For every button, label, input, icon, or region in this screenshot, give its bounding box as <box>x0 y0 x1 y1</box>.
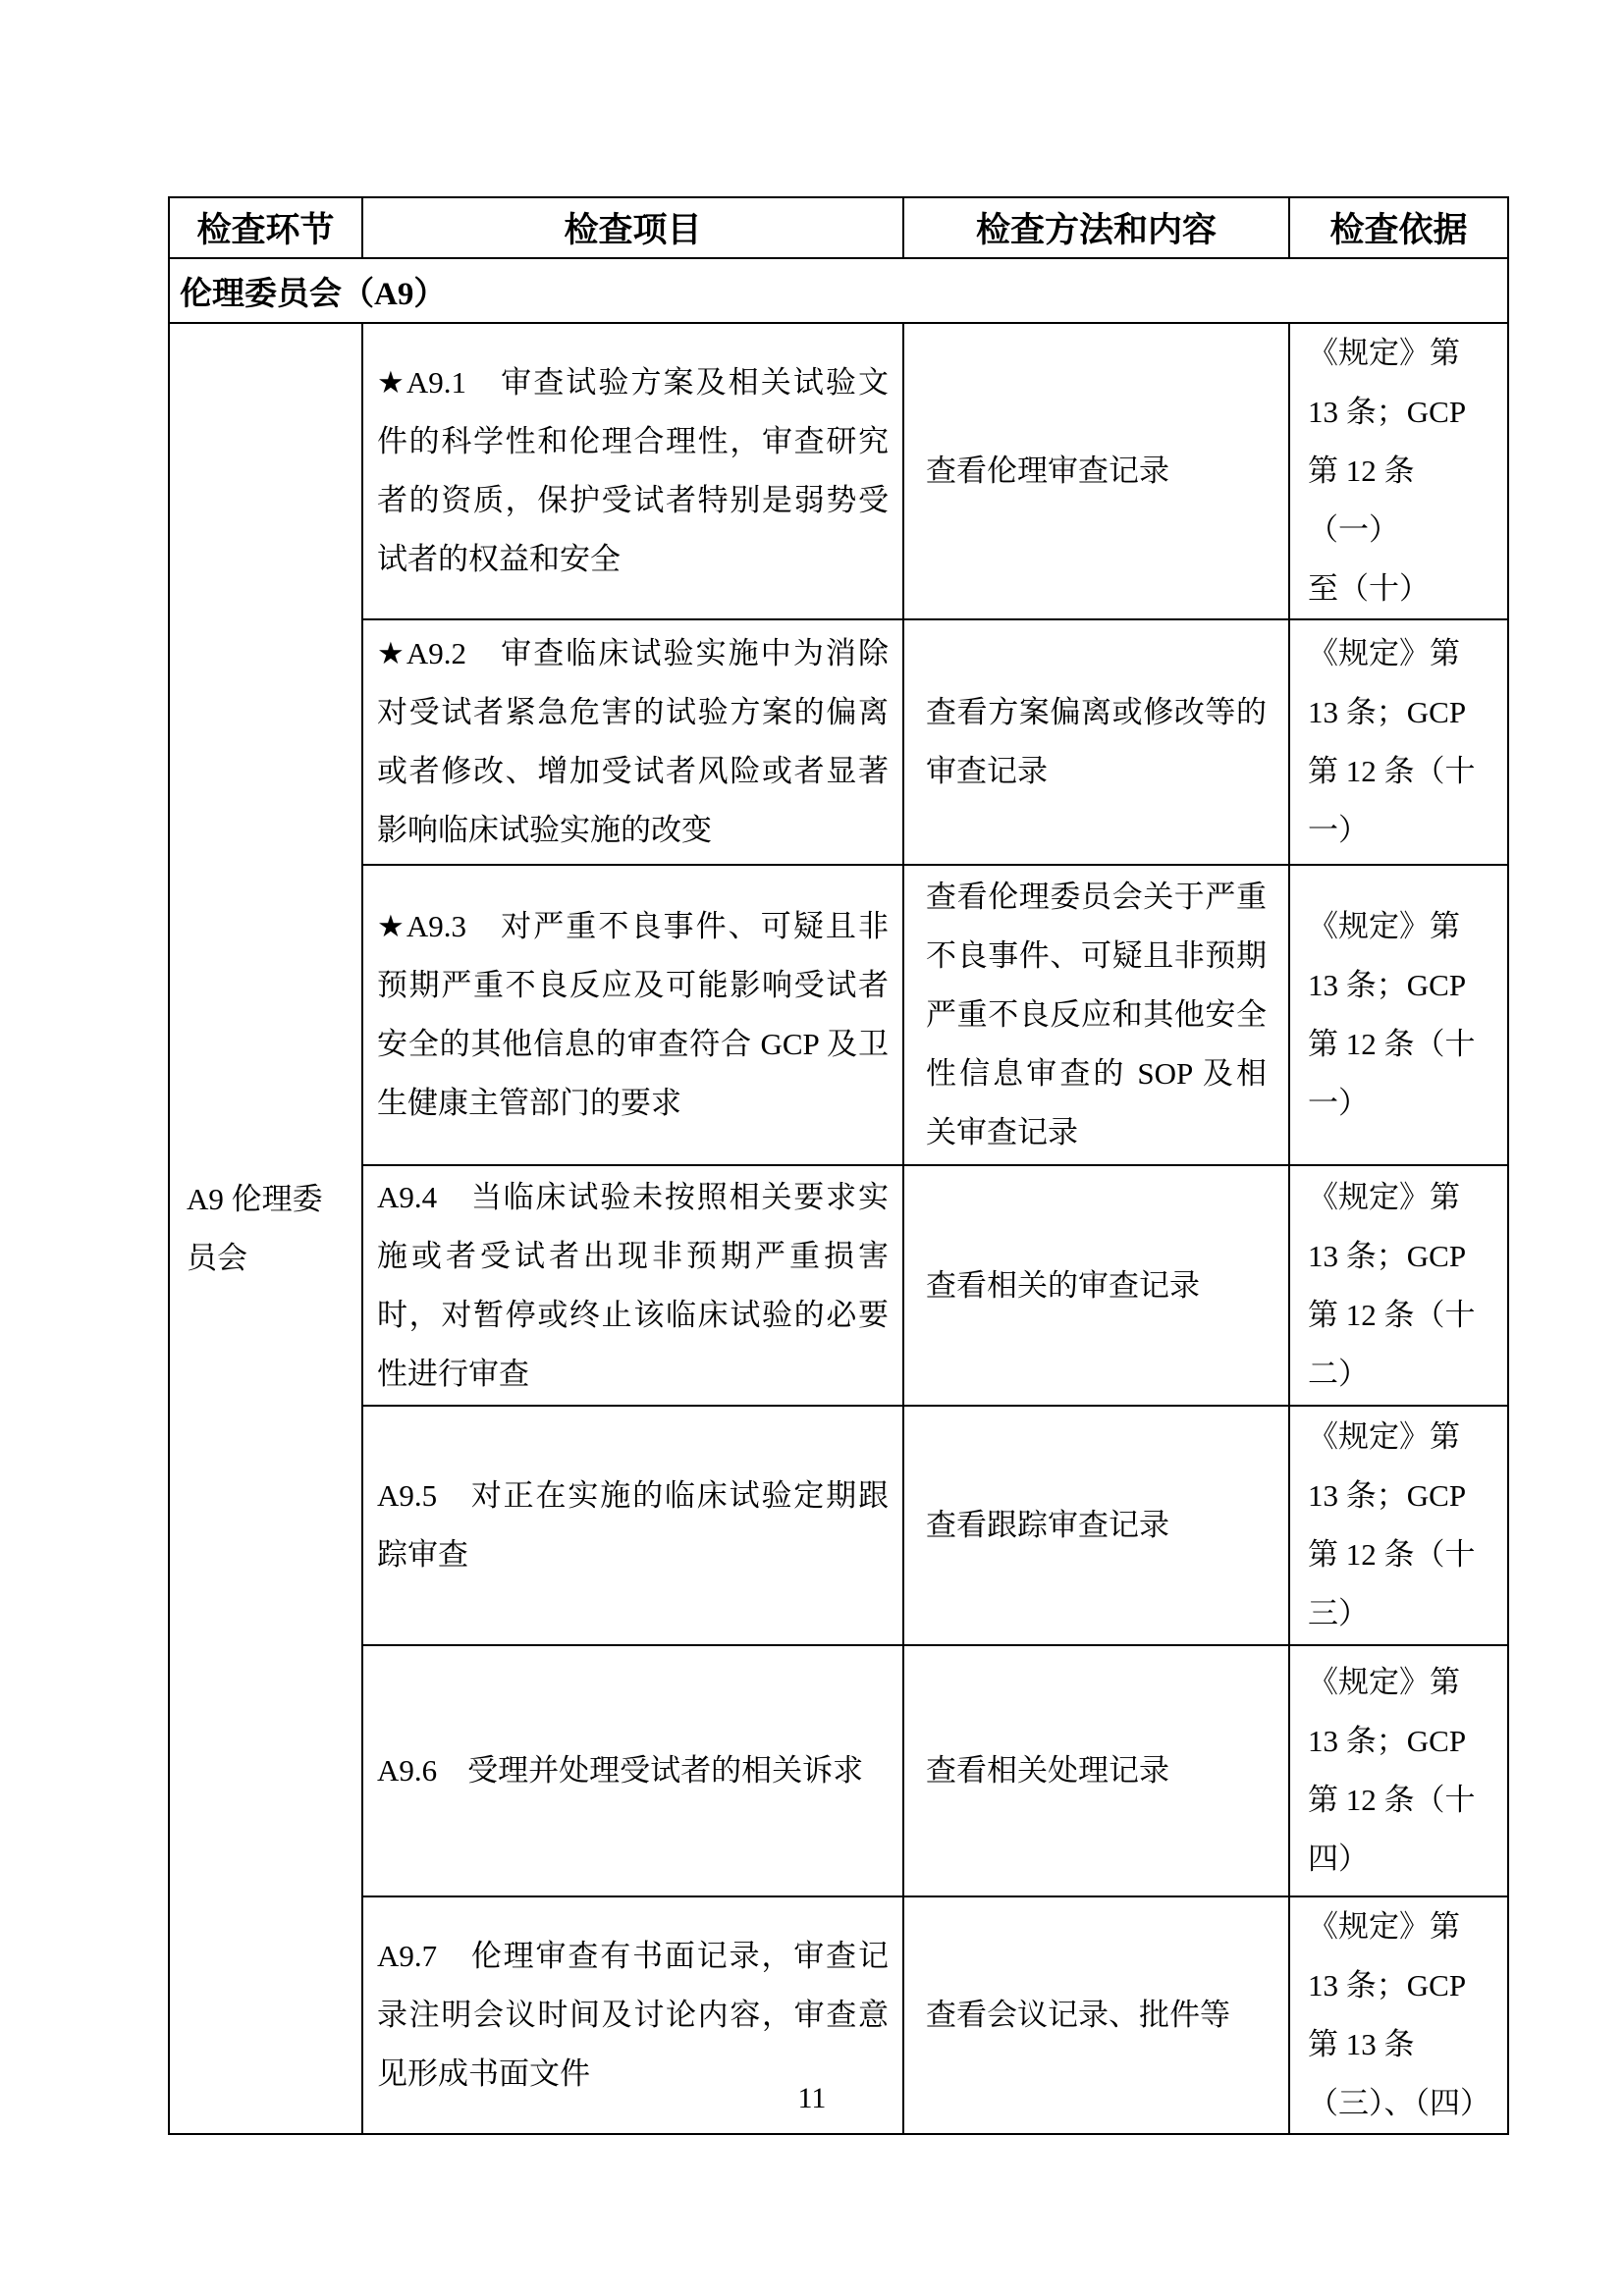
column-header-stage: 检查环节 <box>169 197 362 258</box>
method-cell: 查看方案偏离或修改等的审查记录 <box>903 619 1289 865</box>
item-cell: ★A9.1 审查试验方案及相关试验文件的科学性和伦理合理性，审查研究者的资质，保… <box>362 323 903 619</box>
column-header-item: 检查项目 <box>362 197 903 258</box>
item-cell: ★A9.2 审查临床试验实施中为消除对受试者紧急危害的试验方案的偏离或者修改、增… <box>362 619 903 865</box>
item-cell: A9.6 受理并处理受试者的相关诉求 <box>362 1645 903 1896</box>
basis-cell: 《规定》第 13 条；GCP 第 12 条（十 一） <box>1289 865 1508 1165</box>
method-cell: 查看伦理审查记录 <box>903 323 1289 619</box>
table-row: A9.4 当临床试验未按照相关要求实施或者受试者出现非预期严重损害时，对暂停或终… <box>169 1165 1508 1406</box>
table-row: A9.6 受理并处理受试者的相关诉求 查看相关处理记录 《规定》第 13 条；G… <box>169 1645 1508 1896</box>
section-row: 伦理委员会（A9） <box>169 258 1508 323</box>
document-page: 检查环节 检查项目 检查方法和内容 检查依据 伦理委员会（A9） A9 伦理委员… <box>0 0 1624 2296</box>
basis-cell: 《规定》第 13 条；GCP 第 12 条（十 一） <box>1289 619 1508 865</box>
item-cell: ★A9.3 对严重不良事件、可疑且非预期严重不良反应及可能影响受试者安全的其他信… <box>362 865 903 1165</box>
basis-cell: 《规定》第 13 条；GCP 第 12 条（十 三） <box>1289 1406 1508 1645</box>
basis-cell: 《规定》第 13 条；GCP 第 12 条（十 四） <box>1289 1645 1508 1896</box>
stage-cell: A9 伦理委员会 <box>169 323 362 2134</box>
method-cell: 查看相关的审查记录 <box>903 1165 1289 1406</box>
table-row: ★A9.2 审查临床试验实施中为消除对受试者紧急危害的试验方案的偏离或者修改、增… <box>169 619 1508 865</box>
table-row: A9 伦理委员会 ★A9.1 审查试验方案及相关试验文件的科学性和伦理合理性，审… <box>169 323 1508 619</box>
page-number: 11 <box>0 2079 1624 2118</box>
item-cell: A9.5 对正在实施的临床试验定期跟踪审查 <box>362 1406 903 1645</box>
basis-cell: 《规定》第 13 条；GCP 第 12 条（一） 至（十） <box>1289 323 1508 619</box>
table-row: ★A9.3 对严重不良事件、可疑且非预期严重不良反应及可能影响受试者安全的其他信… <box>169 865 1508 1165</box>
method-cell: 查看相关处理记录 <box>903 1645 1289 1896</box>
inspection-table: 检查环节 检查项目 检查方法和内容 检查依据 伦理委员会（A9） A9 伦理委员… <box>168 196 1509 2135</box>
item-cell: A9.4 当临床试验未按照相关要求实施或者受试者出现非预期严重损害时，对暂停或终… <box>362 1165 903 1406</box>
column-header-method: 检查方法和内容 <box>903 197 1289 258</box>
table-header-row: 检查环节 检查项目 检查方法和内容 检查依据 <box>169 197 1508 258</box>
method-cell: 查看伦理委员会关于严重不良事件、可疑且非预期严重不良反应和其他安全性信息审查的 … <box>903 865 1289 1165</box>
basis-cell: 《规定》第 13 条；GCP 第 12 条（十 二） <box>1289 1165 1508 1406</box>
method-cell: 查看跟踪审查记录 <box>903 1406 1289 1645</box>
table-row: A9.5 对正在实施的临床试验定期跟踪审查 查看跟踪审查记录 《规定》第 13 … <box>169 1406 1508 1645</box>
section-title: 伦理委员会（A9） <box>169 258 1508 323</box>
column-header-basis: 检查依据 <box>1289 197 1508 258</box>
